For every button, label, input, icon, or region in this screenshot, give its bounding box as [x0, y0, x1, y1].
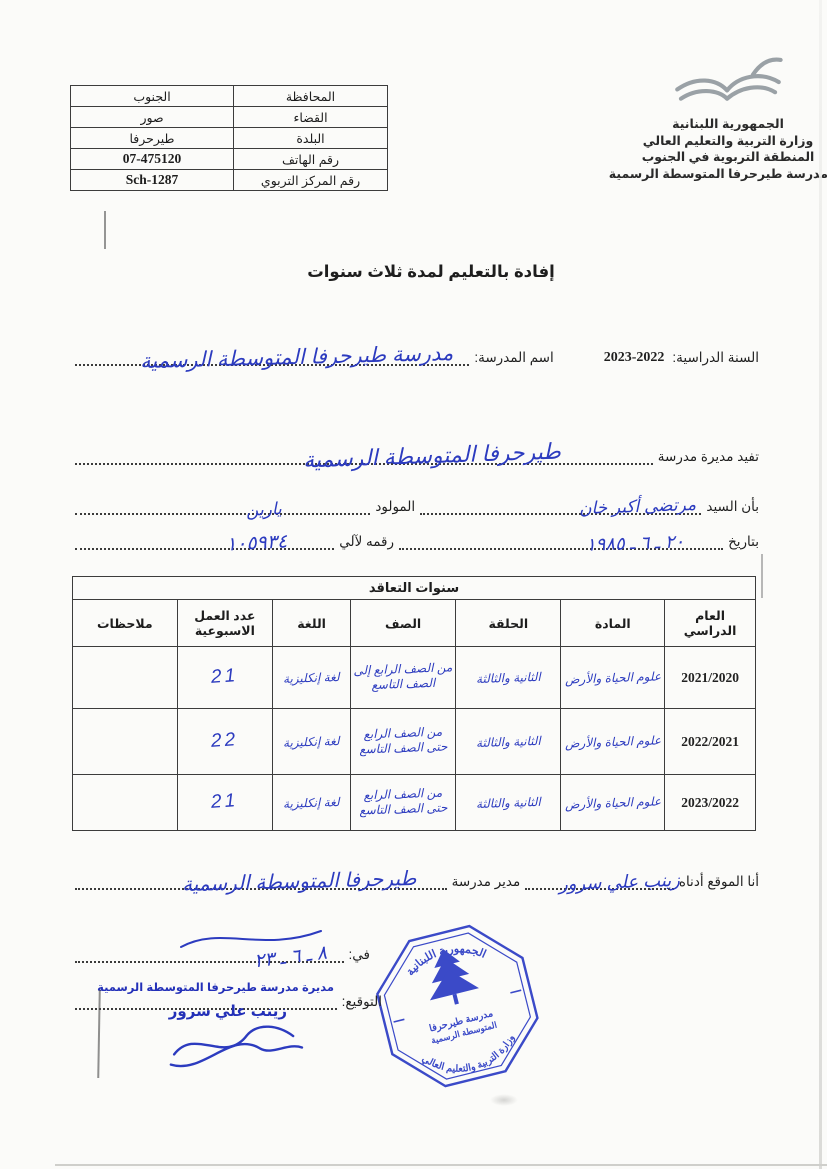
table-row: البلدة طيرحرفا	[71, 128, 388, 149]
info-label-phone: رقم الهاتف	[234, 149, 388, 170]
official-seal-stamp: الجمهورية اللبنانية وزارة التربية والتعل…	[353, 902, 563, 1115]
cell-notes	[73, 709, 178, 775]
date-at-label: في:	[349, 947, 370, 963]
admin-info-table: المحافظة الجنوب القضاء صور البلدة طيرحرف…	[70, 85, 388, 191]
handwritten-cycle: الثانية والثالثة	[476, 669, 541, 686]
table-title-row: سنوات التعاقد	[73, 577, 756, 600]
cell-hours: 21	[177, 647, 273, 709]
handwritten-cycle: الثانية والثالثة	[476, 733, 541, 750]
handwritten-teacher-name: مرتضى أكبر خان	[578, 495, 696, 519]
info-label-district: القضاء	[234, 107, 388, 128]
cell-subject: علوم الحياة والأرض	[561, 709, 665, 775]
info-value-center-number: Sch-1287	[71, 170, 234, 191]
handwritten-school-name: مدرسة طيرحرفا المتوسطة الرسمية	[140, 341, 454, 374]
signature-scribble	[160, 1015, 314, 1085]
table-row: رقم المركز التربوي Sch-1287	[71, 170, 388, 191]
dotted-line: مرتضى أكبر خان	[420, 497, 701, 515]
cell-grade: من الصف الرابع حتى الصف التاسع	[351, 709, 456, 775]
scan-artifact-line	[761, 554, 763, 598]
handwritten-principal-name: زينب علي سرور	[559, 870, 681, 895]
handwritten-director-school: طيرحرفا المتوسطة الرسمية	[182, 866, 417, 897]
dotted-line: ٨ ـ ٦ ـ ٢٣	[75, 945, 344, 963]
cedar-seal-icon: الجمهورية اللبنانية وزارة التربية والتعل…	[353, 902, 562, 1111]
table-header-row: العام الدراسي المادة الحلقة الصف اللغة ع…	[73, 600, 756, 647]
dotted-line: طيرحرفا المتوسطة الرسمية	[75, 872, 447, 890]
scan-artifact-line	[104, 211, 106, 249]
signature-label: التوقيع:	[342, 994, 382, 1010]
undersigned-label: أنا الموقع أدناه	[679, 874, 759, 890]
col-subject: المادة	[561, 600, 665, 647]
dotted-line: ٢٠ ـ ٦ ـ ١٩٨٥	[399, 532, 723, 550]
mister-label: بأن السيد	[706, 499, 759, 515]
handwritten-auto-number: ١٠٥٩٣٤	[226, 530, 288, 556]
handwritten-language: لغة إنكليزية	[283, 795, 340, 812]
signature-block: التوقيع: مديرة مدرسة طيرحرفا المتوسطة ال…	[70, 992, 382, 1010]
auto-number-label: رقمه لآلي	[339, 534, 394, 550]
school-year-value: 2023-2022	[604, 350, 665, 366]
handwritten-birthplace: يارين	[245, 499, 282, 521]
dotted-line: يارين	[75, 497, 370, 515]
principal-label: تفيد مديرة مدرسة	[658, 449, 759, 465]
handwritten-subject: علوم الحياة والأرض	[565, 669, 661, 687]
cell-cycle: الثانية والثالثة	[456, 775, 561, 831]
cell-grade: من الصف الرابع إلى الصف التاسع	[351, 647, 456, 709]
info-label-governorate: المحافظة	[234, 86, 388, 107]
cell-language: لغة إنكليزية	[273, 775, 351, 831]
table-row: المحافظة الجنوب	[71, 86, 388, 107]
declaration-line: أنا الموقع أدناه زينب علي سرور مدير مدرس…	[70, 872, 759, 890]
info-value-governorate: الجنوب	[71, 86, 234, 107]
info-label-center-number: رقم المركز التربوي	[234, 170, 388, 191]
cell-cycle: الثانية والثالثة	[456, 647, 561, 709]
school-year-label: السنة الدراسية:	[672, 350, 759, 366]
certify-date-line: بتاريخ ٢٠ ـ ٦ ـ ١٩٨٥ رقمه لآلي ١٠٥٩٣٤	[70, 532, 759, 550]
dotted-line: مدرسة طيرحرفا المتوسطة الرسمية	[75, 348, 469, 366]
handwritten-hours: 22	[211, 732, 239, 749]
handwritten-language: لغة إنكليزية	[283, 734, 340, 751]
school-name-label: اسم المدرسة:	[474, 350, 553, 366]
cell-subject: علوم الحياة والأرض	[561, 647, 665, 709]
scanned-document-page: المحافظة الجنوب القضاء صور البلدة طيرحرف…	[0, 0, 827, 1169]
born-label: المولود	[375, 499, 415, 515]
info-value-town: طيرحرفا	[71, 128, 234, 149]
handwritten-language: لغة إنكليزية	[283, 670, 340, 687]
col-weekly-hours: عدد العمل الاسبوعية	[177, 600, 273, 647]
col-grade: الصف	[351, 600, 456, 647]
principal-name-stamp-line1: مديرة مدرسة طيرحرفا المتوسطة الرسمية	[97, 980, 334, 994]
handwritten-hours: 21	[211, 668, 239, 685]
dotted-line: طيرحرفا المتوسطة الرسمية	[75, 447, 653, 465]
school-director-label: مدير مدرسة	[452, 874, 521, 890]
handwritten-birthdate: ٢٠ ـ ٦ ـ ١٩٨٥	[586, 531, 685, 555]
dotted-line: زينب علي سرور	[525, 872, 674, 890]
cell-notes	[73, 647, 178, 709]
certify-principal-line: تفيد مديرة مدرسة طيرحرفا المتوسطة الرسمي…	[70, 447, 759, 465]
contract-years-table: سنوات التعاقد العام الدراسي المادة الحلق…	[72, 576, 756, 831]
info-value-phone: 07-475120	[71, 149, 234, 170]
cell-year: 2022/2021	[665, 709, 756, 775]
cell-subject: علوم الحياة والأرض	[561, 775, 665, 831]
handwritten-subject: علوم الحياة والأرض	[565, 794, 661, 812]
pen-swoosh	[176, 923, 326, 953]
contract-table-title: سنوات التعاقد	[73, 577, 756, 600]
date-label: بتاريخ	[728, 534, 759, 550]
table-row: رقم الهاتف 07-475120	[71, 149, 388, 170]
table-row: 2021/2020 علوم الحياة والأرض الثانية وال…	[73, 647, 756, 709]
scan-smudge	[490, 1094, 518, 1106]
info-value-district: صور	[71, 107, 234, 128]
cell-language: لغة إنكليزية	[273, 709, 351, 775]
handwritten-grade: من الصف الرابع إلى الصف التاسع	[353, 660, 454, 693]
header-line-region: المنطقة التربوية في الجنوب	[628, 149, 827, 166]
cell-hours: 21	[177, 775, 273, 831]
col-notes: ملاحظات	[73, 600, 178, 647]
cell-cycle: الثانية والثالثة	[456, 709, 561, 775]
handwritten-principal-school: طيرحرفا المتوسطة الرسمية	[302, 439, 561, 474]
cell-hours: 22	[177, 709, 273, 775]
page-title: إفادة بالتعليم لمدة ثلاث سنوات	[0, 262, 827, 282]
header-line-school: مدرسة طيرحرفا المتوسطة الرسمية	[628, 166, 827, 183]
open-book-logo-icon	[668, 52, 788, 114]
certify-name-line: بأن السيد مرتضى أكبر خان المولود يارين	[70, 497, 759, 515]
table-row: القضاء صور	[71, 107, 388, 128]
cell-year: 2021/2020	[665, 647, 756, 709]
handwritten-subject: علوم الحياة والأرض	[565, 733, 661, 751]
cell-notes	[73, 775, 178, 831]
table-row: 2023/2022 علوم الحياة والأرض الثانية وال…	[73, 775, 756, 831]
handwritten-cycle: الثانية والثالثة	[476, 794, 541, 811]
header-line-ministry: وزارة التربية والتعليم العالي	[628, 133, 827, 150]
table-row: 2022/2021 علوم الحياة والأرض الثانية وال…	[73, 709, 756, 775]
page-edge-shadow	[55, 1164, 827, 1166]
col-school-year: العام الدراسي	[665, 600, 756, 647]
handwritten-hours: 21	[211, 793, 239, 810]
dotted-line: ١٠٥٩٣٤	[75, 532, 334, 550]
date-line: في: ٨ ـ ٦ ـ ٢٣	[70, 945, 370, 963]
col-cycle: الحلقة	[456, 600, 561, 647]
ministry-header: الجمهورية اللبنانية وزارة التربية والتعل…	[628, 52, 827, 182]
col-language: اللغة	[273, 600, 351, 647]
school-year-line: السنة الدراسية: 2023-2022 اسم المدرسة: م…	[70, 348, 759, 366]
cell-year: 2023/2022	[665, 775, 756, 831]
cell-grade: من الصف الرابع حتى الصف التاسع	[351, 775, 456, 831]
header-line-republic: الجمهورية اللبنانية	[628, 116, 827, 133]
handwritten-grade: من الصف الرابع حتى الصف التاسع	[353, 724, 454, 757]
handwritten-grade: من الصف الرابع حتى الصف التاسع	[353, 785, 454, 818]
info-label-town: البلدة	[234, 128, 388, 149]
cell-language: لغة إنكليزية	[273, 647, 351, 709]
